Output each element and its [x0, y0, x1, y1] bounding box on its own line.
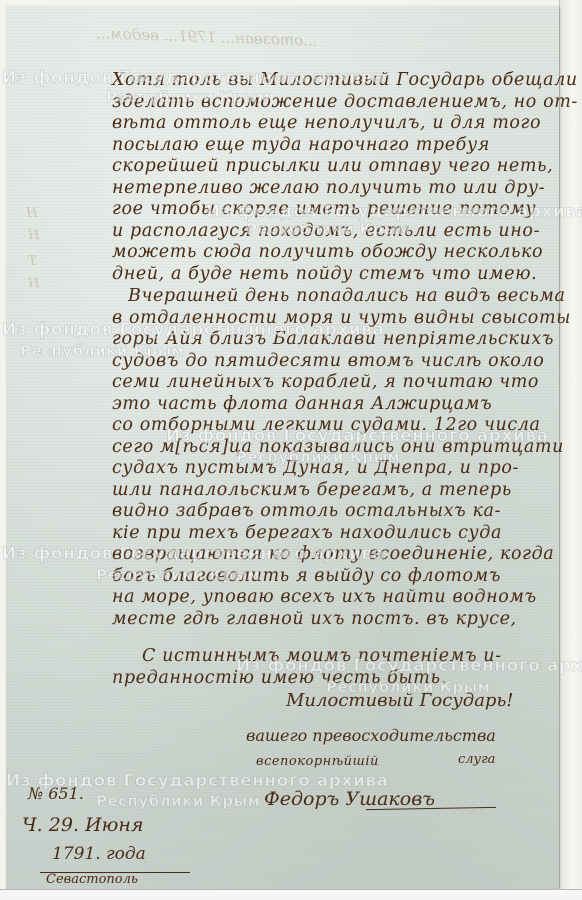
- watermark-line-1: Из фондов Государственного архива: [236, 656, 582, 676]
- watermark-line-1: Из фондов Государственного архива: [6, 771, 389, 791]
- place-name: Севастополь: [46, 872, 138, 887]
- text-line: месте гдѣ главной ихъ постъ. въ крусе,: [112, 609, 571, 631]
- watermark-line-2: Республики Крым: [236, 448, 400, 466]
- watermark-line-1: Из фондов Государственного архива: [206, 202, 582, 222]
- text-line: видно забравъ оттоль остальныхъ ка-: [112, 501, 571, 523]
- margin-bleed-4: Н: [28, 276, 40, 291]
- watermark-line-2: Республики Крым: [106, 88, 270, 106]
- watermark-line-1: Из фондов Государственного архива: [2, 320, 385, 340]
- text-line: нетерпеливо желаю получить то или дру-: [112, 178, 578, 200]
- text-line: семи линейныхъ кораблей, я почитаю что: [112, 372, 571, 394]
- date-line-1: Ч. 29. Июня: [22, 814, 143, 836]
- text-line: вѣта оттоль еще неполучилъ, и для того: [112, 113, 578, 135]
- scan-frame: ...отозван... 1791... ведом... Н Н Т Н Х…: [0, 0, 582, 900]
- text-line: это часть флота данная Алжирцамъ: [112, 394, 571, 416]
- text-line: Вчерашней день попадались на видъ весьма: [112, 286, 571, 308]
- text-line: дней, а буде неть пойду стемъ что имею.: [112, 264, 578, 286]
- closing-line-1: вашего превосходительства: [246, 726, 496, 745]
- letter-page: ...отозван... 1791... ведом... Н Н Т Н Х…: [6, 6, 559, 889]
- closing-line-2: всепокорнѣйшій: [256, 754, 379, 769]
- watermark-line-1: Из фондов Государственного архива: [166, 426, 549, 446]
- text-line: посылаю еще туда нарочнаго требуя: [112, 135, 578, 157]
- margin-bleed-1: Н: [26, 206, 38, 221]
- watermark-line-1: Из фондов Государственного архива: [2, 544, 385, 564]
- page-edge-bottom: [0, 889, 582, 900]
- watermark-line-2: Республики Крым: [246, 220, 410, 238]
- text-line: на море, уповаю всехъ ихъ найти водномъ: [112, 587, 571, 609]
- bleedthrough-header: ...отозван... 1791... ведом...: [96, 24, 318, 50]
- text-line: можеть сюда получить обожду несколько: [112, 242, 578, 264]
- margin-bleed-2: Н: [28, 228, 40, 243]
- watermark-line-2: Республики Крым: [96, 792, 260, 810]
- text-line: шли паналольскимъ берегамъ, а теперь: [112, 480, 571, 502]
- watermark-line-2: Республики Крым: [20, 342, 184, 360]
- margin-bleed-3: Т: [28, 254, 37, 269]
- watermark-line-2: Республики Крым: [326, 678, 490, 696]
- watermark-line-1: Из фондов Государственного архива: [2, 68, 385, 88]
- text-line: скорейшей присылки или отпаву чего неть,: [112, 156, 578, 178]
- text-line: кіе при техъ берегахъ находились суда: [112, 523, 571, 545]
- closing-line-2-suffix: слуга: [458, 752, 495, 767]
- signature: Федоръ Ушаковъ: [264, 788, 435, 810]
- watermark-line-2: Республики Крым: [96, 566, 260, 584]
- date-line-2: 1791. года: [52, 844, 146, 864]
